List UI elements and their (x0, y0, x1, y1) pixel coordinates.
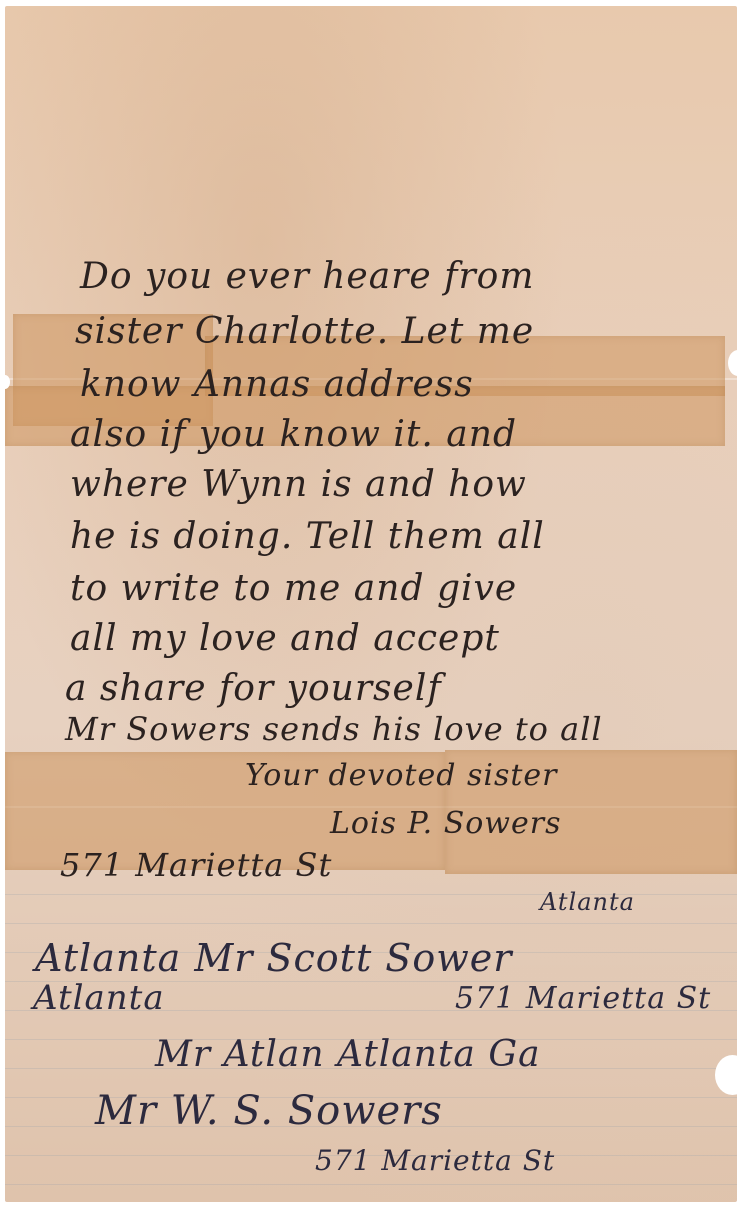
address-practice-line: Atlanta Mr Scott Sower (35, 936, 512, 980)
return-address: 571 Marietta St (60, 846, 332, 884)
letter-line: know Annas address (80, 364, 474, 405)
letter-line: he is doing. Tell them all (70, 516, 545, 557)
paper-tear (0, 375, 10, 389)
address-practice-line: Atlanta (540, 888, 635, 916)
address-practice-line: Atlanta (33, 978, 165, 1018)
address-practice-line: 571 Marietta St (315, 1144, 555, 1177)
address-practice-line: Mr Atlan Atlanta Ga (155, 1034, 541, 1075)
address-practice-line: Mr W. S. Sowers (95, 1088, 443, 1134)
letter-line: a share for yourself (65, 668, 442, 709)
letter-line: Do you ever heare from (80, 256, 534, 297)
closing: Your devoted sister (245, 758, 558, 793)
letter-line: all my love and accept (70, 618, 500, 659)
address-practice-line: 571 Marietta St (455, 981, 711, 1016)
letter-line: Mr Sowers sends his love to all (65, 710, 603, 748)
letter-paper: Do you ever heare from sister Charlotte.… (5, 6, 737, 1202)
paper-tear (728, 350, 742, 376)
letter-line: to write to me and give (70, 568, 517, 609)
letter-line: sister Charlotte. Let me (75, 311, 534, 352)
signature: Lois P. Sowers (330, 806, 561, 841)
letter-line: also if you know it. and (70, 414, 517, 455)
letter-line: where Wynn is and how (70, 464, 527, 505)
paper-tear (715, 1055, 742, 1095)
